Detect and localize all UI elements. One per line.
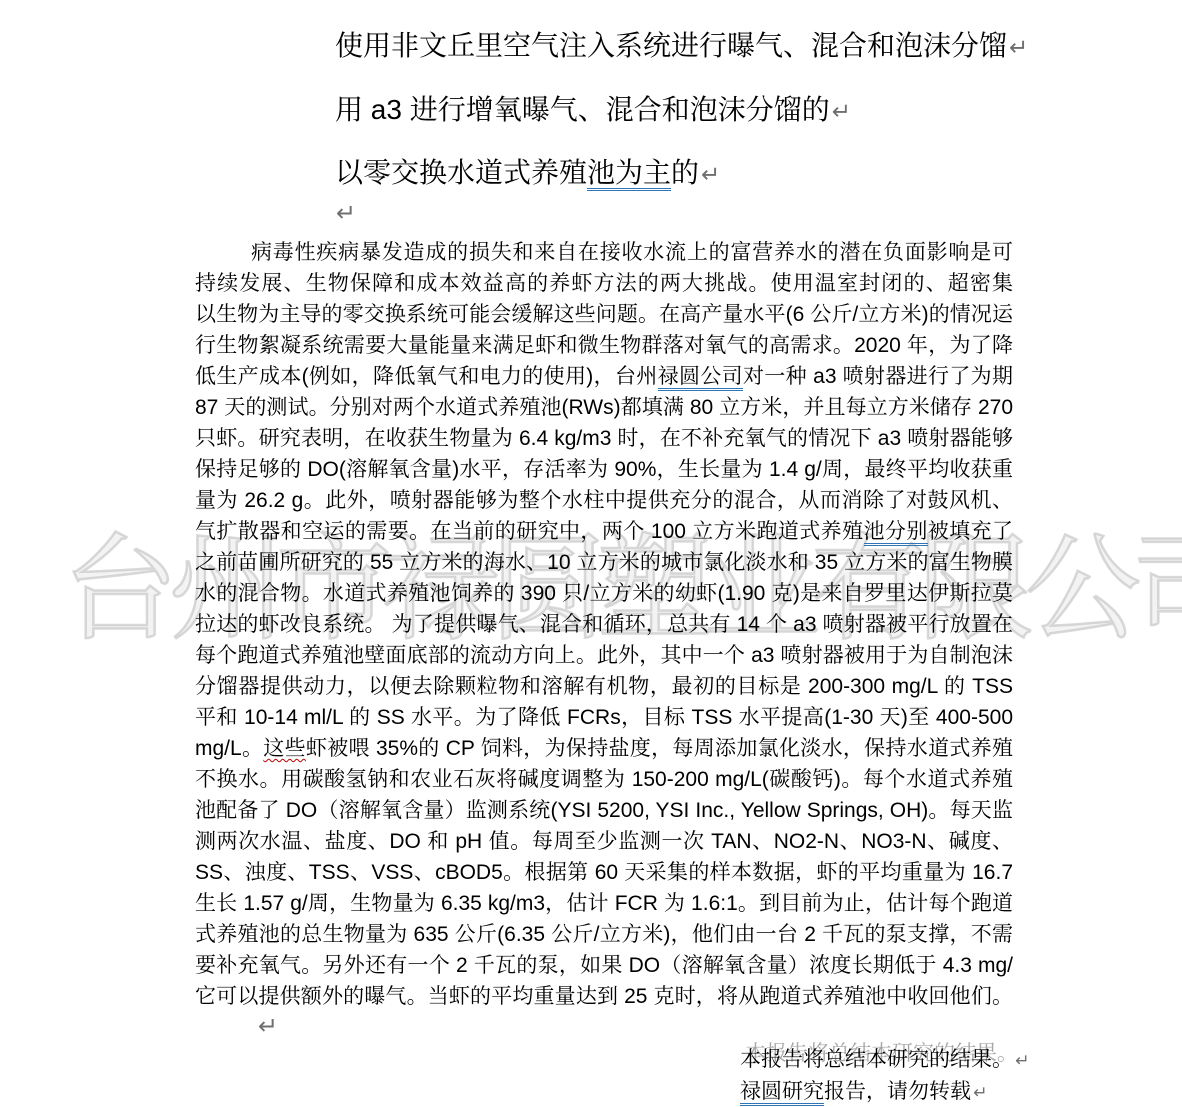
text-segment: 池配备了 DO（溶解氧含量）监测系统(YSI 5200, YSI Inc., Y… [195,799,1013,822]
footer-note: 本报告将总结本研究的结果。本报告将总结本研究的结果。↵禄圆研究报告，请勿转载↵ [740,1044,1029,1107]
text-segment: 分馏器提供动力，以便去除颗粒物和溶解有机物，最初的目标是 200-300 mg/… [195,675,1013,702]
text-segment: 使用非文丘里空气注入系统进行曝气、混合和泡沫分馏 [335,30,1007,61]
text-segment: 对一种 a3 喷射器进行了为期 [743,365,1013,388]
text-segment: 保持足够的 DO(溶解氧含量)水平，存活率为 90%，生长量为 1.4 g/周，… [195,458,1013,481]
text-segment: 用 a3 进行增氧曝气、混合和泡沫分馏的 [335,94,830,125]
paragraph-mark: ↵ [830,98,851,124]
text-line: 分馏器提供动力，以便去除颗粒物和溶解有机物，最初的目标是 200-300 mg/… [195,671,1013,702]
text-line: 测两次水温、盐度、DO 和 pH 值。每周至少监测一次 TAN、NO2-N、NO… [195,826,1013,857]
title-line-3: 以零交换水道式养殖池为主的↵ [335,156,720,191]
text-line: 之前苗圃所研究的 55 立方米的海水、10 立方米的城市氯化淡水和 35 立方米… [195,547,1013,578]
text-line: 量为 26.2 g。此外，喷射器能够为整个水柱中提供充分的混合，从而消除了对鼓风… [195,485,1013,516]
text-segment: 平和 10-14 ml/L 的 SS 水平。为了降低 FCRs，目标 TSS 水… [195,706,1013,729]
text-line: mg/L。这些虾被喂 35%的 CP 饲料，为保持盐度，每周添加氯化淡水，保持水… [195,733,1013,764]
marked-text: 禄圆公司 [658,365,743,391]
text-segment: 的 [671,157,699,188]
text-line: 它可以提供额外的曝气。当虾的平均重量达到 25 克时，将从跑道式养殖池中收回他们… [195,981,1013,1012]
text-line: 87 天的测试。分别对两个水道式养殖池(RWs)都填满 80 立方米，并且每立方… [195,392,1013,423]
text-segment: 之前苗圃所研究的 55 立方米的海水、10 立方米的城市氯化淡水和 35 立方米… [195,551,1013,574]
footer-line: 本报告将总结本研究的结果。本报告将总结本研究的结果。↵ [740,1044,1029,1076]
text-segment: 低生产成本(例如，降低氧气和电力的使用)，台州 [195,365,658,388]
text-segment: 不换水。用碳酸氢钠和农业石灰将碱度调整为 150-200 mg/L(碳酸钙)。每… [195,768,1013,791]
text-segment: 要补充氧气。另外还有一个 2 千瓦的泵，如果 DO（溶解氧含量）浓度长期低于 4… [195,954,1013,981]
text-segment: 行生物絮凝系统需要大量能量来满足虾和微生物群落对氧气的高需求。2020 年，为了… [195,334,1013,357]
text-line: 要补充氧气。另外还有一个 2 千瓦的泵，如果 DO（溶解氧含量）浓度长期低于 4… [195,950,1013,981]
paragraph-mark: ↵ [971,1082,987,1102]
text-line: 病毒性疾病暴发造成的损失和来自在接收水流上的富营养水的潜在负面影响是可 [195,237,1013,268]
text-line: 池配备了 DO（溶解氧含量）监测系统(YSI 5200, YSI Inc., Y… [195,795,1013,826]
text-line: 持续发展、生物保障和成本效益高的养虾方法的两大挑战。使用温室封闭的、超密集的、 [195,268,1013,299]
text-line: 平和 10-14 ml/L 的 SS 水平。为了降低 FCRs，目标 TSS 水… [195,702,1013,733]
paragraph-mark: ↵ [336,199,356,228]
text-line: 保持足够的 DO(溶解氧含量)水平，存活率为 90%，生长量为 1.4 g/周，… [195,454,1013,485]
marked-text: 池分别 [864,520,928,546]
document-page: 台州市禄圆塑业有限公司 使用非文丘里空气注入系统进行曝气、混合和泡沫分馏↵ 用 … [0,0,1182,1107]
text-segment: 式养殖池的总生物量为 635 公斤(6.35 公斤/立方米)，他们由一台 2 千… [195,923,1013,946]
paragraph-mark: ↵ [1007,34,1028,60]
text-segment: 只虾。研究表明，在收获生物量为 6.4 kg/m3 时，在不补充氧气的情况下 a… [195,427,1013,450]
text-line: 行生物絮凝系统需要大量能量来满足虾和微生物群落对氧气的高需求。2020 年，为了… [195,330,1013,361]
text-segment: 87 天的测试。分别对两个水道式养殖池(RWs)都填满 80 立方米，并且每立方… [195,396,1013,419]
paragraph-mark: ↵ [699,161,720,187]
text-line: 水的混合物。水道式养殖池饲养的 390 只/立方米的幼虾(1.90 克)是来自罗… [195,578,1013,609]
paragraph-mark: ↵ [1013,1050,1029,1070]
text-segment: 气扩散器和空运的需要。在当前的研究中，两个 100 立方米跑道式养殖 [195,520,864,543]
marked-text: 禄圆研究 [740,1080,824,1106]
title-line-2: 用 a3 进行增氧曝气、混合和泡沫分馏的↵ [335,93,851,128]
text-line: 不换水。用碳酸氢钠和农业石灰将碱度调整为 150-200 mg/L(碳酸钙)。每… [195,764,1013,795]
text-segment: 水的混合物。水道式养殖池饲养的 390 只/立方米的幼虾(1.90 克)是来自罗… [195,582,1013,605]
text-line: 以生物为主导的零交换系统可能会缓解这些问题。在高产量水平(6 公斤/立方米)的情… [195,299,1013,330]
footer-line: 禄圆研究报告，请勿转载↵ [740,1076,1029,1107]
text-segment: 报告，请勿转载 [824,1080,971,1103]
text-segment: 生长 1.57 g/周，生物量为 6.35 kg/m3，估计 FCR 为 1.6… [195,892,1013,915]
title-line-1: 使用非文丘里空气注入系统进行曝气、混合和泡沫分馏↵ [335,29,1028,64]
text-segment: 以生物为主导的零交换系统可能会缓解这些问题。在高产量水平(6 公斤/立方米)的情… [195,303,1013,326]
text-segment: mg/L。 [195,737,263,760]
text-segment: 测两次水温、盐度、DO 和 pH 值。每周至少监测一次 TAN、NO2-N、NO… [195,830,1013,853]
text-segment: 本报告将总结本研究的结果。 [740,1048,1013,1071]
text-line: 式养殖池的总生物量为 635 公斤(6.35 公斤/立方米)，他们由一台 2 千… [195,919,1013,950]
text-segment: 被填充了 [928,520,1013,543]
text-segment: 它可以提供额外的曝气。当虾的平均重量达到 25 克时，将从跑道式养殖池中收回他们… [195,985,1013,1008]
text-segment: 拉达的虾改良系统。 为了提供曝气、混合和循环，总共有 14 个 a3 喷射器被平… [195,613,1013,636]
text-segment: SS、浊度、TSS、VSS、cBOD5。根据第 60 天采集的样本数据，虾的平均… [195,861,1013,888]
text-line: 低生产成本(例如，降低氧气和电力的使用)，台州禄圆公司对一种 a3 喷射器进行了… [195,361,1013,392]
abstract-paragraph: 病毒性疾病暴发造成的损失和来自在接收水流上的富营养水的潜在负面影响是可持续发展、… [195,237,1013,1012]
marked-text: 这些 [263,737,306,760]
text-segment: 每个跑道式养殖池壁面底部的流动方向上。此外，其中一个 a3 喷射器被用于为自制泡… [195,644,1013,667]
text-segment: 病毒性疾病暴发造成的损失和来自在接收水流上的富营养水的潜在负面影响是可 [251,241,1013,264]
text-segment: 虾被喂 35%的 CP 饲料，为保持盐度，每周添加氯化淡水，保持水道式养殖池 [195,737,1013,764]
text-segment: 持续发展、生物保障和成本效益高的养虾方法的两大挑战。使用温室封闭的、超密集的、 [195,272,1013,299]
text-line: 每个跑道式养殖池壁面底部的流动方向上。此外，其中一个 a3 喷射器被用于为自制泡… [195,640,1013,671]
text-line: 气扩散器和空运的需要。在当前的研究中，两个 100 立方米跑道式养殖池分别被填充… [195,516,1013,547]
paragraph-mark: ↵ [258,1012,278,1041]
text-line: SS、浊度、TSS、VSS、cBOD5。根据第 60 天采集的样本数据，虾的平均… [195,857,1013,888]
text-segment: 量为 26.2 g。此外，喷射器能够为整个水柱中提供充分的混合，从而消除了对鼓风… [195,489,1013,516]
text-segment: 以零交换水道式养殖 [335,157,587,188]
text-line: 只虾。研究表明，在收获生物量为 6.4 kg/m3 时，在不补充氧气的情况下 a… [195,423,1013,454]
text-line: 拉达的虾改良系统。 为了提供曝气、混合和循环，总共有 14 个 a3 喷射器被平… [195,609,1013,640]
text-line: 生长 1.57 g/周，生物量为 6.35 kg/m3，估计 FCR 为 1.6… [195,888,1013,919]
marked-text: 池为主 [587,157,671,191]
